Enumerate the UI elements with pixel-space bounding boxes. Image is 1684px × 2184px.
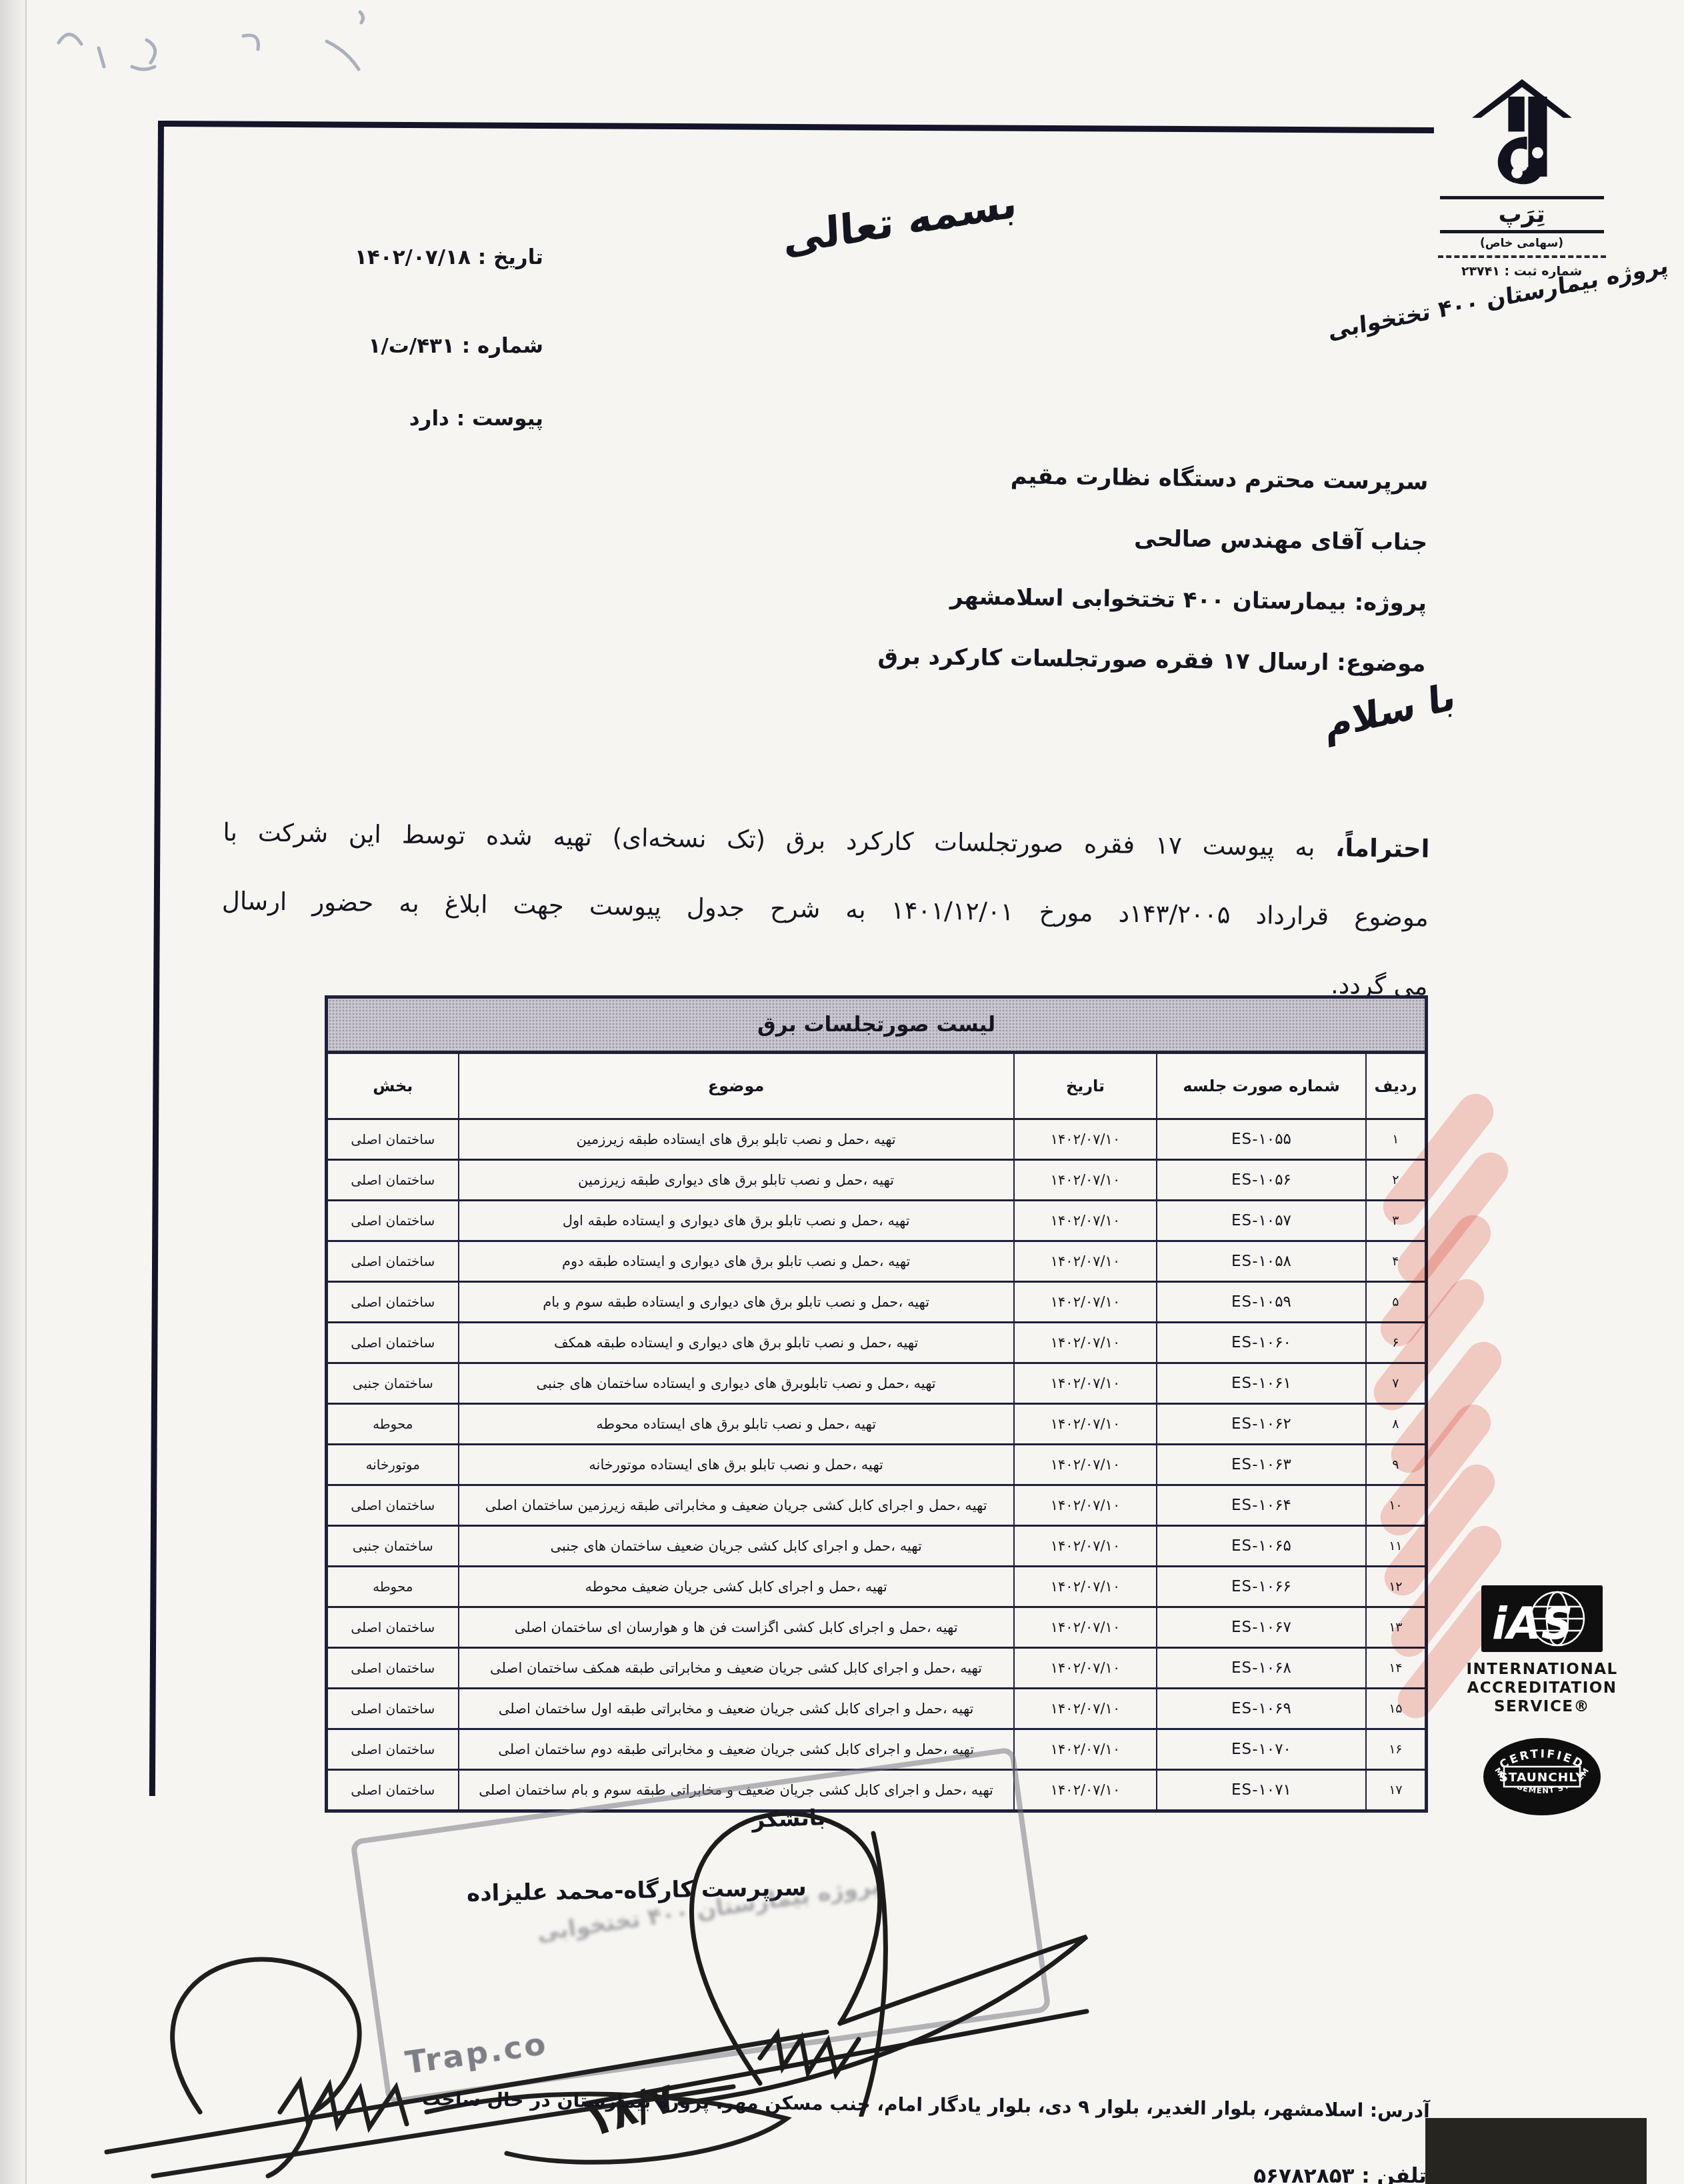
ias-globe-logo-icon: iAS — [1481, 1585, 1603, 1652]
letter-number: شماره : ۴۳۱/ت/۱ — [368, 334, 543, 358]
cell-minutes-number: ES-۱۰۶۱ — [1157, 1363, 1366, 1404]
table-row: ۱۱ES-۱۰۶۵۱۴۰۲/۰۷/۱۰تهیه ،حمل و اجرای کاب… — [327, 1526, 1427, 1567]
cell-subject: تهیه ،حمل و اجرای کابل کشی اگزاست فن ها … — [459, 1607, 1014, 1648]
cell-date: ۱۴۰۲/۰۷/۱۰ — [1014, 1689, 1157, 1729]
cell-minutes-number: ES-۱۰۶۴ — [1157, 1485, 1366, 1526]
table-row: ۷ES-۱۰۶۱۱۴۰۲/۰۷/۱۰تهیه ،حمل و نصب تابلوب… — [327, 1363, 1427, 1404]
cell-row-number: ۱۷ — [1366, 1770, 1427, 1811]
cell-date: ۱۴۰۲/۰۷/۱۰ — [1014, 1404, 1157, 1445]
table-row: ۵ES-۱۰۵۹۱۴۰۲/۰۷/۱۰تهیه ،حمل و نصب تابلو … — [327, 1282, 1427, 1323]
addressee-line: موضوع: ارسال ۱۷ فقره صورتجلسات کارکرد بر… — [597, 623, 1426, 695]
cell-date: ۱۴۰۲/۰۷/۱۰ — [1014, 1567, 1157, 1607]
cell-subject: تهیه ،حمل و نصب تابلو برق های دیواری و ا… — [459, 1282, 1014, 1323]
cell-subject: تهیه ،حمل و نصب تابلوبرق های دیواری و ای… — [459, 1363, 1014, 1404]
table-row: ۸ES-۱۰۶۲۱۴۰۲/۰۷/۱۰تهیه ،حمل و نصب تابلو … — [327, 1404, 1427, 1445]
cell-date: ۱۴۰۲/۰۷/۱۰ — [1014, 1648, 1157, 1689]
cell-minutes-number: ES-۱۰۶۵ — [1157, 1526, 1366, 1567]
cell-minutes-number: ES-۱۰۶۲ — [1157, 1404, 1366, 1445]
cell-subject: تهیه ،حمل و نصب تابلو برق های دیواری و ا… — [459, 1323, 1014, 1363]
cell-date: ۱۴۰۲/۰۷/۱۰ — [1014, 1201, 1157, 1241]
company-name: تِرَپ — [1440, 196, 1604, 233]
cell-row-number: ۳ — [1366, 1201, 1427, 1241]
cell-section: ساختمان اصلی — [327, 1119, 459, 1160]
cell-subject: تهیه ،حمل و نصب تابلو برق های دیواری و ا… — [459, 1241, 1014, 1282]
cell-subject: تهیه ،حمل و اجرای کابل کشی جریان ضعیف و … — [459, 1648, 1014, 1689]
cell-row-number: ۸ — [1366, 1404, 1427, 1445]
minutes-table: لیست صورتجلسات برق ردیف شماره صورت جلسه … — [325, 995, 1428, 1813]
minutes-table-container: لیست صورتجلسات برق ردیف شماره صورت جلسه … — [325, 995, 1428, 1813]
ias-caption-line: ACCREDITATION — [1457, 1679, 1627, 1697]
table-row: ۱۵ES-۱۰۶۹۱۴۰۲/۰۷/۱۰تهیه ،حمل و اجرای کاب… — [327, 1689, 1427, 1729]
footer-phone: تلفن : ۵۶۷۸۲۸۵۳ — [1067, 2164, 1427, 2184]
cell-section: محوطه — [327, 1567, 459, 1607]
cell-date: ۱۴۰۲/۰۷/۱۰ — [1014, 1282, 1157, 1323]
scanned-letter-page: { "meta": { "date": "تاریخ : ۱۴۰۲/۰۷/۱۸"… — [0, 0, 1684, 2184]
cell-row-number: ۱۲ — [1366, 1567, 1427, 1607]
cell-section: ساختمان اصلی — [327, 1282, 459, 1323]
cell-minutes-number: ES-۱۰۵۷ — [1157, 1201, 1366, 1241]
company-type: (سهامی خاص) — [1420, 237, 1623, 250]
cell-section: موتورخانه — [327, 1445, 459, 1485]
addressee-block: سرپرست محترم دستگاه نظارت مقیم جناب آقای… — [597, 441, 1429, 695]
table-row: ۱۴ES-۱۰۶۸۱۴۰۲/۰۷/۱۰تهیه ،حمل و اجرای کاب… — [327, 1648, 1427, 1689]
cell-minutes-number: ES-۱۰۵۵ — [1157, 1119, 1366, 1160]
cell-row-number: ۱۴ — [1366, 1648, 1427, 1689]
table-title: لیست صورتجلسات برق — [327, 997, 1427, 1053]
certification-block: iAS INTERNATIONAL ACCREDITATION SERVICE®… — [1457, 1585, 1627, 1821]
col-header-section: بخش — [327, 1053, 459, 1119]
table-row: ۱۲ES-۱۰۶۶۱۴۰۲/۰۷/۱۰تهیه ،حمل و اجرای کاب… — [327, 1567, 1427, 1607]
cell-minutes-number: ES-۱۰۷۰ — [1157, 1729, 1366, 1770]
body-line-1-text: به پیوست ۱۷ فقره صورتجلسات کارکرد برق (ت… — [223, 818, 1335, 862]
cell-subject: تهیه ،حمل و نصب تابلو برق های دیواری و ا… — [459, 1201, 1014, 1241]
addressee-line: سرپرست محترم دستگاه نظارت مقیم — [599, 441, 1429, 513]
trap-house-logo-icon — [1472, 79, 1572, 192]
cell-section: ساختمان اصلی — [327, 1770, 459, 1811]
addressee-line: جناب آقای مهندس صالحی — [599, 501, 1428, 573]
ias-caption-line: INTERNATIONAL — [1457, 1660, 1627, 1679]
table-title-row: لیست صورتجلسات برق — [327, 997, 1427, 1053]
cell-row-number: ۱۵ — [1366, 1689, 1427, 1729]
col-header-minutes-number: شماره صورت جلسه — [1157, 1053, 1366, 1119]
col-header-date: تاریخ — [1014, 1053, 1157, 1119]
letter-date: تاریخ : ۱۴۰۲/۰۷/۱۸ — [355, 245, 543, 269]
ias-caption-line: SERVICE® — [1457, 1697, 1627, 1716]
table-row: ۱۳ES-۱۰۶۷۱۴۰۲/۰۷/۱۰تهیه ،حمل و اجرای کاب… — [327, 1607, 1427, 1648]
cell-date: ۱۴۰۲/۰۷/۱۰ — [1014, 1323, 1157, 1363]
handwritten-signature-secondary — [80, 1912, 867, 2179]
letter-attachment: پیوست : دارد — [409, 407, 543, 431]
cell-minutes-number: ES-۱۰۶۶ — [1157, 1567, 1366, 1607]
cell-subject: تهیه ،حمل و نصب تابلو برق های ایستاده طب… — [459, 1119, 1014, 1160]
letter-body: احتراماً، به پیوست ۱۷ فقره صورتجلسات کار… — [221, 798, 1430, 1021]
cell-date: ۱۴۰۲/۰۷/۱۰ — [1014, 1241, 1157, 1282]
table-row: ۱۰ES-۱۰۶۴۱۴۰۲/۰۷/۱۰تهیه ،حمل و اجرای کاب… — [327, 1485, 1427, 1526]
cell-section: ساختمان اصلی — [327, 1607, 459, 1648]
cell-date: ۱۴۰۲/۰۷/۱۰ — [1014, 1485, 1157, 1526]
scanner-edge-shadow — [0, 0, 27, 2184]
table-row: ۹ES-۱۰۶۳۱۴۰۲/۰۷/۱۰تهیه ،حمل و نصب تابلو … — [327, 1445, 1427, 1485]
cell-subject: تهیه ،حمل و اجرای کابل کشی جریان ضعیف و … — [459, 1689, 1014, 1729]
table-row: ۱ES-۱۰۵۵۱۴۰۲/۰۷/۱۰تهیه ،حمل و نصب تابلو … — [327, 1119, 1427, 1160]
cell-section: ساختمان اصلی — [327, 1729, 459, 1770]
pen-scribble-marks — [47, 8, 487, 88]
cell-row-number: ۶ — [1366, 1323, 1427, 1363]
cell-minutes-number: ES-۱۰۶۳ — [1157, 1445, 1366, 1485]
cell-section: ساختمان اصلی — [327, 1160, 459, 1201]
cell-subject: تهیه ،حمل و نصب تابلو برق های ایستاده مح… — [459, 1404, 1014, 1445]
table-row: ۲ES-۱۰۵۶۱۴۰۲/۰۷/۱۰تهیه ،حمل و نصب تابلو … — [327, 1160, 1427, 1201]
table-row: ۶ES-۱۰۶۰۱۴۰۲/۰۷/۱۰تهیه ،حمل و نصب تابلو … — [327, 1323, 1427, 1363]
cell-date: ۱۴۰۲/۰۷/۱۰ — [1014, 1526, 1157, 1567]
cell-minutes-number: ES-۱۰۵۸ — [1157, 1241, 1366, 1282]
cell-subject: تهیه ،حمل و نصب تابلو برق های دیواری طبق… — [459, 1160, 1014, 1201]
cell-row-number: ۵ — [1366, 1282, 1427, 1323]
cell-row-number: ۱۳ — [1366, 1607, 1427, 1648]
table-row: ۴ES-۱۰۵۸۱۴۰۲/۰۷/۱۰تهیه ،حمل و نصب تابلو … — [327, 1241, 1427, 1282]
body-respectfully: احتراماً، — [1335, 833, 1430, 863]
table-header-row: ردیف شماره صورت جلسه تاریخ موضوع بخش — [327, 1053, 1427, 1119]
scan-artifact-black-box — [1425, 2118, 1647, 2184]
cell-subject: تهیه ،حمل و نصب تابلو برق های ایستاده مو… — [459, 1445, 1014, 1485]
cell-row-number: ۱۶ — [1366, 1729, 1427, 1770]
company-letterhead: تِرَپ (سهامی خاص) شماره ثبت : ۲۳۷۴۱ — [1420, 79, 1623, 279]
cell-section: ساختمان اصلی — [327, 1648, 459, 1689]
table-row: ۱۶ES-۱۰۷۰۱۴۰۲/۰۷/۱۰تهیه ،حمل و اجرای کاب… — [327, 1729, 1427, 1770]
cell-subject: تهیه ،حمل و اجرای کابل کشی جریان ضعیف سا… — [459, 1526, 1014, 1567]
col-header-subject: موضوع — [459, 1053, 1014, 1119]
cell-section: ساختمان اصلی — [327, 1689, 459, 1729]
cell-row-number: ۷ — [1366, 1363, 1427, 1404]
table-row: ۳ES-۱۰۵۷۱۴۰۲/۰۷/۱۰تهیه ،حمل و نصب تابلو … — [327, 1201, 1427, 1241]
cell-date: ۱۴۰۲/۰۷/۱۰ — [1014, 1607, 1157, 1648]
cell-date: ۱۴۰۲/۰۷/۱۰ — [1014, 1363, 1157, 1404]
cell-row-number: ۱۰ — [1366, 1485, 1427, 1526]
dashed-divider — [1438, 254, 1606, 258]
addressee-line: پروژه: بیمارستان ۴۰۰ تختخوابی اسلامشهر — [597, 562, 1427, 634]
cell-section: ساختمان جنبی — [327, 1363, 459, 1404]
cell-date: ۱۴۰۲/۰۷/۱۰ — [1014, 1119, 1157, 1160]
cell-section: ساختمان اصلی — [327, 1323, 459, 1363]
certified-oval-stamp-icon: CERTIFIED MANAGEMENT SYSTEM STAUNCHLY — [1480, 1735, 1604, 1819]
certified-center-text: STAUNCHLY — [1499, 1771, 1585, 1785]
cell-minutes-number: ES-۱۰۵۶ — [1157, 1160, 1366, 1201]
cell-minutes-number: ES-۱۰۶۹ — [1157, 1689, 1366, 1729]
cell-subject: تهیه ،حمل و اجرای کابل کشی جریان ضعیف مح… — [459, 1567, 1014, 1607]
cell-date: ۱۴۰۲/۰۷/۱۰ — [1014, 1729, 1157, 1770]
cell-subject: تهیه ،حمل و اجرای کابل کشی جریان ضعیف و … — [459, 1485, 1014, 1526]
cell-minutes-number: ES-۱۰۷۱ — [1157, 1770, 1366, 1811]
cell-section: محوطه — [327, 1404, 459, 1445]
col-header-row-number: ردیف — [1366, 1053, 1427, 1119]
cell-section: ساختمان اصلی — [327, 1241, 459, 1282]
cell-row-number: ۴ — [1366, 1241, 1427, 1282]
cell-section: ساختمان جنبی — [327, 1526, 459, 1567]
cell-section: ساختمان اصلی — [327, 1485, 459, 1526]
cell-minutes-number: ES-۱۰۵۹ — [1157, 1282, 1366, 1323]
cell-date: ۱۴۰۲/۰۷/۱۰ — [1014, 1160, 1157, 1201]
cell-minutes-number: ES-۱۰۶۸ — [1157, 1648, 1366, 1689]
cell-date: ۱۴۰۲/۰۷/۱۰ — [1014, 1445, 1157, 1485]
cell-minutes-number: ES-۱۰۶۰ — [1157, 1323, 1366, 1363]
cell-row-number: ۱ — [1366, 1119, 1427, 1160]
cell-minutes-number: ES-۱۰۶۷ — [1157, 1607, 1366, 1648]
cell-row-number: ۲ — [1366, 1160, 1427, 1201]
ias-logo-text: iAS — [1492, 1598, 1573, 1649]
cell-row-number: ۹ — [1366, 1445, 1427, 1485]
cell-row-number: ۱۱ — [1366, 1526, 1427, 1567]
cell-section: ساختمان اصلی — [327, 1201, 459, 1241]
